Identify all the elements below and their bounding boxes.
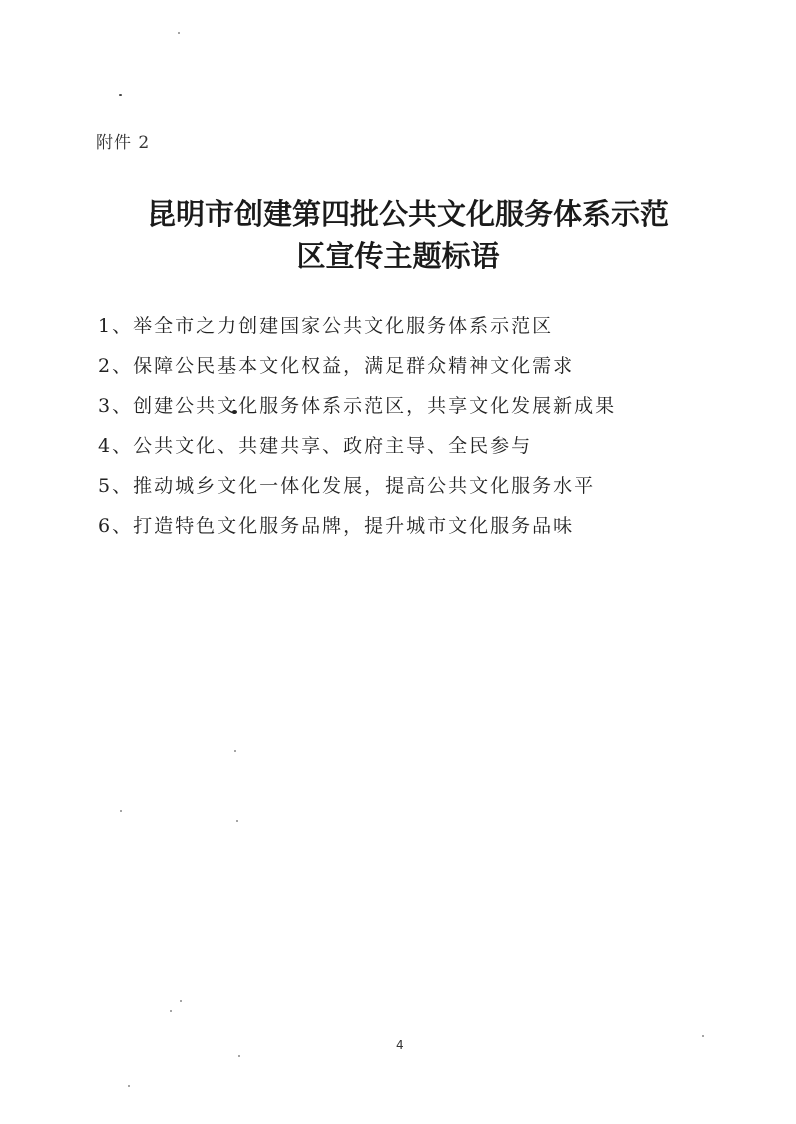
scan-speck [238, 1055, 240, 1057]
page-number: 4 [396, 1038, 404, 1052]
scan-speck [178, 32, 180, 34]
slogan-item: 5、推动城乡文化一体化发展，提高公共文化服务水平 [98, 466, 616, 506]
slogan-item: 4、公共文化、共建共享、政府主导、全民参与 [98, 426, 616, 466]
slogan-item: 6、打造特色文化服务品牌，提升城市文化服务品味 [98, 506, 616, 546]
slogan-list: 1、举全市之力创建国家公共文化服务体系示范区 2、保障公民基本文化权益，满足群众… [98, 306, 616, 546]
scan-speck [702, 1035, 704, 1037]
slogan-item: 3、创建公共文化服务体系示范区，共享文化发展新成果 [98, 386, 616, 426]
scan-speck [170, 1010, 172, 1012]
scan-speck [232, 410, 237, 414]
scan-speck [119, 94, 122, 96]
document-title-line-2: 区宣传主题标语 [0, 234, 796, 275]
slogan-item: 2、保障公民基本文化权益，满足群众精神文化需求 [98, 346, 616, 386]
document-title-line-1: 昆明市创建第四批公共文化服务体系示范 [10, 192, 796, 233]
attachment-label: 附件 2 [96, 128, 150, 153]
slogan-item: 1、举全市之力创建国家公共文化服务体系示范区 [98, 306, 616, 346]
scan-speck [180, 1000, 182, 1002]
scan-speck [128, 1085, 130, 1087]
scan-speck [236, 820, 238, 822]
scan-speck [234, 750, 236, 752]
scan-speck [120, 810, 122, 812]
